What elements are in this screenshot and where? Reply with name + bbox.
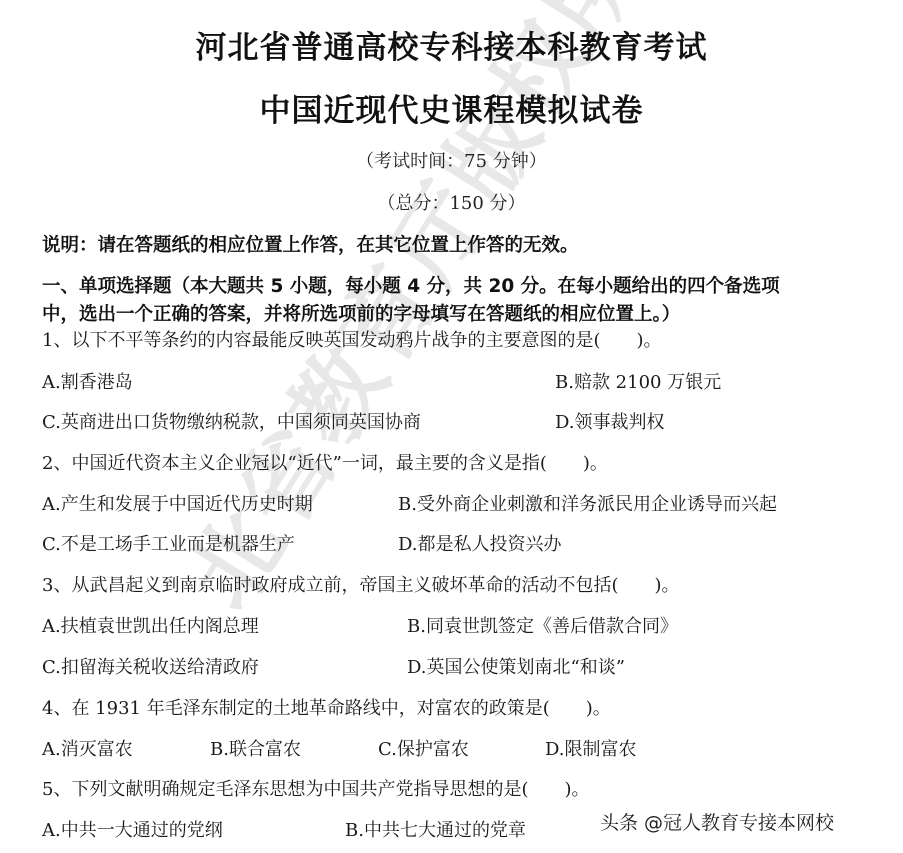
- section-heading-line2: 中，选出一个正确的答案，并将所选项前的字母填写在答题纸的相应位置上。）: [42, 300, 680, 326]
- question-3-option-d: D.英国公使策划南北“和谈”: [407, 653, 625, 679]
- exam-paper-page: 北省教育厅版权所有 河北省普通高校专科接本科教育考试 中国近现代史课程模拟试卷 …: [0, 0, 903, 853]
- question-1-option-a: A.割香港岛: [42, 368, 133, 394]
- question-2-option-b: B.受外商企业刺激和洋务派民用企业诱导而兴起: [398, 490, 777, 516]
- question-5-option-b: B.中共七大通过的党章: [345, 816, 526, 842]
- question-5-stem: 5、下列文献明确规定毛泽东思想为中国共产党指导思想的是( )。: [42, 775, 590, 801]
- question-1-option-c: C.英商进出口货物缴纳税款，中国须同英国协商: [42, 408, 421, 434]
- question-4-option-d: D.限制富农: [545, 735, 637, 761]
- total-score: （总分：150 分）: [0, 189, 903, 215]
- question-2-option-a: A.产生和发展于中国近代历史时期: [42, 490, 313, 516]
- question-3-option-b: B.同袁世凯签定《善后借款合同》: [407, 612, 678, 638]
- exam-subtitle: 中国近现代史课程模拟试卷: [0, 85, 903, 130]
- source-credit: 头条 @冠人教育专接本网校: [600, 808, 834, 835]
- question-5-option-a: A.中共一大通过的党纲: [42, 816, 223, 842]
- question-1-option-b: B.赔款 2100 万银元: [555, 368, 721, 394]
- question-3-stem: 3、从武昌起义到南京临时政府成立前，帝国主义破坏革命的活动不包括( )。: [42, 571, 680, 597]
- instructions: 说明：请在答题纸的相应位置上作答，在其它位置上作答的无效。: [42, 231, 579, 257]
- exam-title: 河北省普通高校专科接本科教育考试: [0, 22, 903, 67]
- section-heading-line1: 一、单项选择题（本大题共 5 小题，每小题 4 分，共 20 分。在每小题给出的…: [42, 272, 780, 298]
- question-3-option-c: C.扣留海关税收送给清政府: [42, 653, 259, 679]
- question-4-option-c: C.保护富农: [378, 735, 469, 761]
- question-4-option-b: B.联合富农: [210, 735, 301, 761]
- question-2-option-d: D.都是私人投资兴办: [398, 530, 562, 556]
- exam-time: （考试时间：75 分钟）: [0, 147, 903, 173]
- question-2-stem: 2、中国近代资本主义企业冠以“近代”一词，最主要的含义是指( )。: [42, 449, 608, 475]
- question-3-option-a: A.扶植袁世凯出任内阁总理: [42, 612, 259, 638]
- question-2-option-c: C.不是工场手工业而是机器生产: [42, 530, 295, 556]
- question-4-stem: 4、在 1931 年毛泽东制定的土地革命路线中，对富农的政策是( )。: [42, 694, 611, 720]
- question-4-option-a: A.消灭富农: [42, 735, 133, 761]
- question-1-option-d: D.领事裁判权: [555, 408, 665, 434]
- question-1-stem: 1、以下不平等条约的内容最能反映英国发动鸦片战争的主要意图的是( )。: [42, 326, 662, 352]
